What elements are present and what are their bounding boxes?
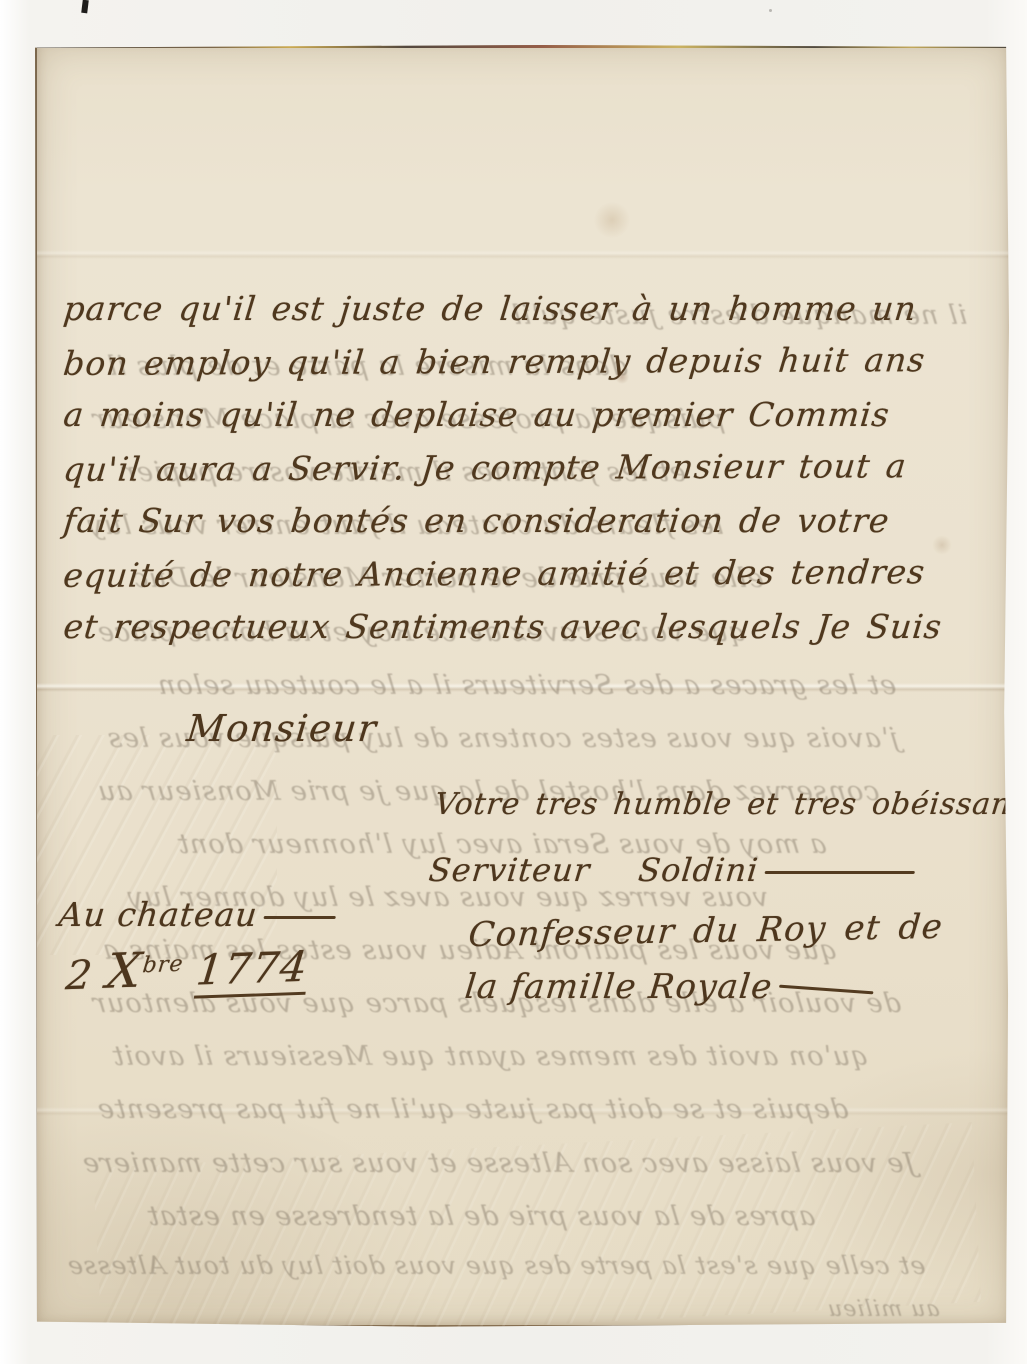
place-text: Au chateau — [57, 895, 260, 934]
paper-top-edge — [37, 45, 1009, 48]
date-year: 1774 — [194, 942, 311, 999]
signature-row: Serviteur Soldini — [427, 851, 916, 889]
bleedthrough-line: qu'on avoit des memes ayant que Messieur… — [110, 1041, 870, 1072]
letter-body-line: parce qu'il est juste de laisser à un ho… — [60, 289, 944, 342]
letter-body-line: equité de notre Ancienne amitié et des t… — [60, 552, 944, 609]
closing-line: Votre tres humble et tres obéissant — [433, 787, 1026, 822]
signer-title-line: Confesseur du Roy et de — [467, 907, 945, 955]
salutation: Monsieur — [185, 707, 380, 750]
letter-body-line: et respectueux Sentiments avec lesquels … — [60, 607, 944, 660]
bleedthrough-line: Je vous laisse avec son Altesse et vous … — [80, 1148, 916, 1179]
place-line: Au chateau — [57, 895, 338, 934]
letter-page: il ne manque d'estre juste qu'il dans la… — [35, 45, 1010, 1328]
bleedthrough-line: et les graces a des Serviteurs il a le c… — [155, 670, 897, 701]
closing-word: Serviteur — [427, 851, 592, 889]
title-flourish — [779, 984, 874, 994]
letter-body: parce qu'il est juste de laisser à un ho… — [63, 289, 941, 660]
date-month: X — [104, 943, 145, 1000]
bleedthrough-line: et celle que s'est la perte des que vous… — [65, 1251, 926, 1280]
fold-crease — [37, 250, 1009, 259]
date-day: 2 — [64, 952, 95, 999]
date-month-abbrev: bre — [141, 952, 184, 978]
letter-body-line: fait Sur vos bontés en consideration de … — [60, 501, 944, 554]
letter-body-line: a moins qu'il ne deplaise au premier Com… — [60, 395, 944, 448]
letter-body-line: qu'il aura a Servir. Je compte Monsieur … — [60, 446, 944, 503]
signature-soldini: Soldini — [637, 851, 761, 889]
scanner-dust-speck — [769, 9, 772, 12]
letter-body-line: bon employ qu'il a bien remply depuis hu… — [60, 340, 944, 397]
place-flourish — [263, 916, 335, 919]
signer-title-text: la famille Royale — [463, 967, 775, 1007]
bleedthrough-line: au milieu — [826, 1297, 941, 1322]
bleedthrough-line: depuis et se doit pas juste qu'il ne fut… — [95, 1094, 849, 1125]
signature-flourish — [764, 871, 914, 874]
bleedthrough-line: apres de la vous prie de la tendresse en… — [145, 1201, 816, 1232]
signer-title-line: la famille Royale — [463, 967, 876, 1007]
paper-bottom-edge — [37, 1325, 1009, 1328]
scanner-debris-mark — [81, 0, 89, 13]
date-line: 2 Xbre 1774 — [64, 937, 312, 1001]
